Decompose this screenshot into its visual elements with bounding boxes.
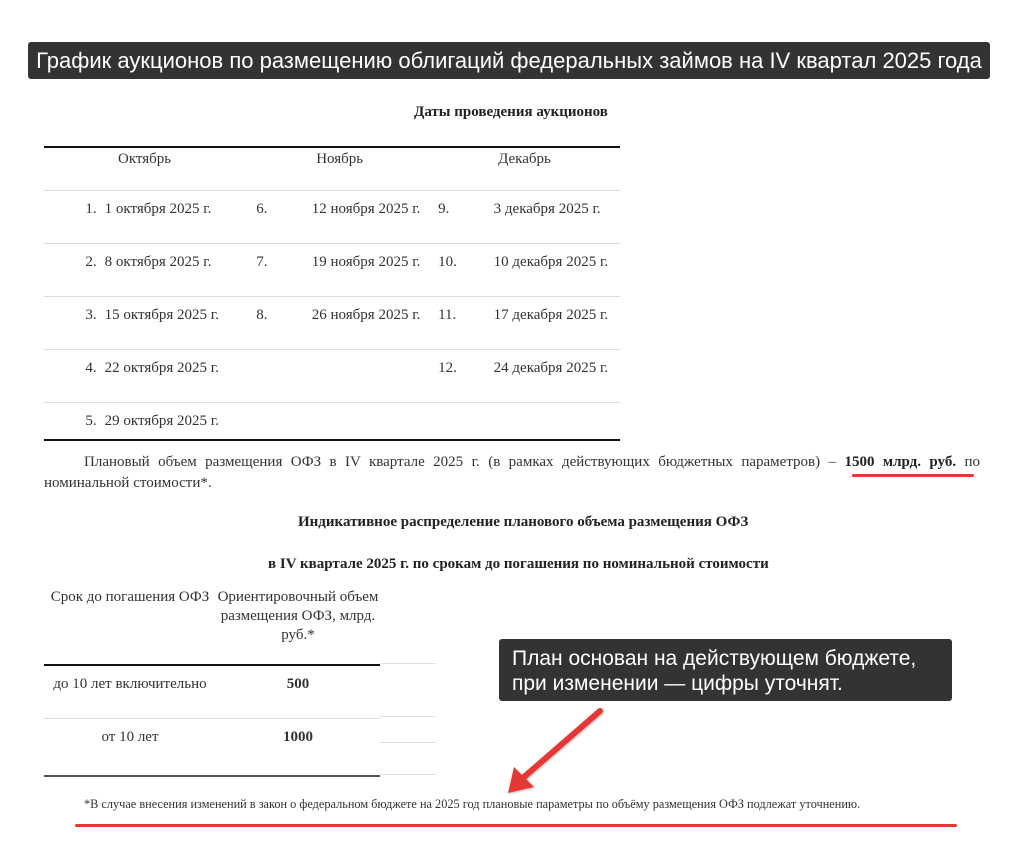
nov-number — [256, 403, 312, 441]
oct-date: 15 октября 2025 г. — [105, 297, 257, 350]
table-row: 2.8 октября 2025 г.7.19 ноября 2025 г.10… — [44, 244, 620, 297]
header-december: Декабрь — [438, 147, 620, 191]
dec-number: 9. — [438, 191, 494, 244]
table-row: от 10 лет 1000 — [44, 718, 380, 776]
auction-dates-table: Октябрь Ноябрь Декабрь 1.1 октября 2025 … — [44, 146, 620, 441]
oct-number: 2. — [44, 244, 105, 297]
distribution-title-line2: в IV квартале 2025 г. по срокам до погаш… — [268, 556, 769, 573]
header-october: Октябрь — [44, 147, 256, 191]
plan-amount: 1500 млрд. руб. — [844, 454, 956, 470]
dec-date: 10 декабря 2025 г. — [494, 244, 620, 297]
term-cell: до 10 лет включительно — [44, 665, 216, 718]
distribution-table: Срок до погашения ОФЗ Ориентировочный об… — [44, 588, 380, 777]
annotation-callout: План основан на действующем бюджете, при… — [499, 639, 952, 701]
distribution-title-line1: Индикативное распределение планового объ… — [298, 514, 748, 531]
oct-number: 4. — [44, 350, 105, 403]
auctions-title: Даты проведения аукционов — [414, 104, 608, 121]
table-row: 3.15 октября 2025 г.8.26 ноября 2025 г.1… — [44, 297, 620, 350]
header-term: Срок до погашения ОФЗ — [44, 588, 216, 665]
dec-number: 12. — [438, 350, 494, 403]
volume-cell: 500 — [216, 665, 380, 718]
dec-date: 17 декабря 2025 г. — [494, 297, 620, 350]
dec-number: 11. — [438, 297, 494, 350]
table-row: 4.22 октября 2025 г.12.24 декабря 2025 г… — [44, 350, 620, 403]
plan-text-before: Плановый объем размещения ОФЗ в IV кварт… — [84, 454, 844, 470]
oct-number: 1. — [44, 191, 105, 244]
nov-date: 12 ноября 2025 г. — [312, 191, 438, 244]
nov-date: 26 ноября 2025 г. — [312, 297, 438, 350]
oct-number: 5. — [44, 403, 105, 441]
oct-number: 3. — [44, 297, 105, 350]
table-divider — [380, 774, 436, 775]
auction-table-header: Октябрь Ноябрь Декабрь — [44, 147, 620, 191]
oct-date: 1 октября 2025 г. — [105, 191, 257, 244]
nov-number: 8. — [256, 297, 312, 350]
footnote-highlight-underline — [75, 824, 957, 827]
nov-number: 7. — [256, 244, 312, 297]
dec-date — [494, 403, 620, 441]
plan-volume-paragraph: Плановый объем размещения ОФЗ в IV кварт… — [44, 452, 980, 494]
nov-date — [312, 350, 438, 403]
oct-date: 8 октября 2025 г. — [105, 244, 257, 297]
dec-date: 3 декабря 2025 г. — [494, 191, 620, 244]
callout-line1: План основан на действующем бюджете, — [512, 646, 952, 671]
table-row: 5.29 октября 2025 г. — [44, 403, 620, 441]
callout-line2: при изменении — цифры уточнят. — [512, 671, 952, 696]
table-divider — [380, 663, 436, 664]
table-divider — [380, 716, 436, 717]
header-volume: Ориентировочный объем размещения ОФЗ, мл… — [216, 588, 380, 665]
nov-number: 6. — [256, 191, 312, 244]
nov-date: 19 ноября 2025 г. — [312, 244, 438, 297]
header-november: Ноябрь — [256, 147, 438, 191]
footnote: *В случае внесения изменений в закон о ф… — [84, 797, 860, 812]
volume-cell: 1000 — [216, 718, 380, 776]
dec-date: 24 декабря 2025 г. — [494, 350, 620, 403]
oct-date: 22 октября 2025 г. — [105, 350, 257, 403]
table-divider — [380, 742, 436, 743]
oct-date: 29 октября 2025 г. — [105, 403, 257, 441]
red-arrow-icon — [500, 703, 610, 798]
term-cell: от 10 лет — [44, 718, 216, 776]
dec-number — [438, 403, 494, 441]
page-banner-title: График аукционов по размещению облигаций… — [28, 42, 990, 79]
nov-number — [256, 350, 312, 403]
amount-highlight-underline — [852, 474, 974, 477]
dec-number: 10. — [438, 244, 494, 297]
nov-date — [312, 403, 438, 441]
table-row: 1.1 октября 2025 г.6.12 ноября 2025 г.9.… — [44, 191, 620, 244]
table-row: до 10 лет включительно 500 — [44, 665, 380, 718]
